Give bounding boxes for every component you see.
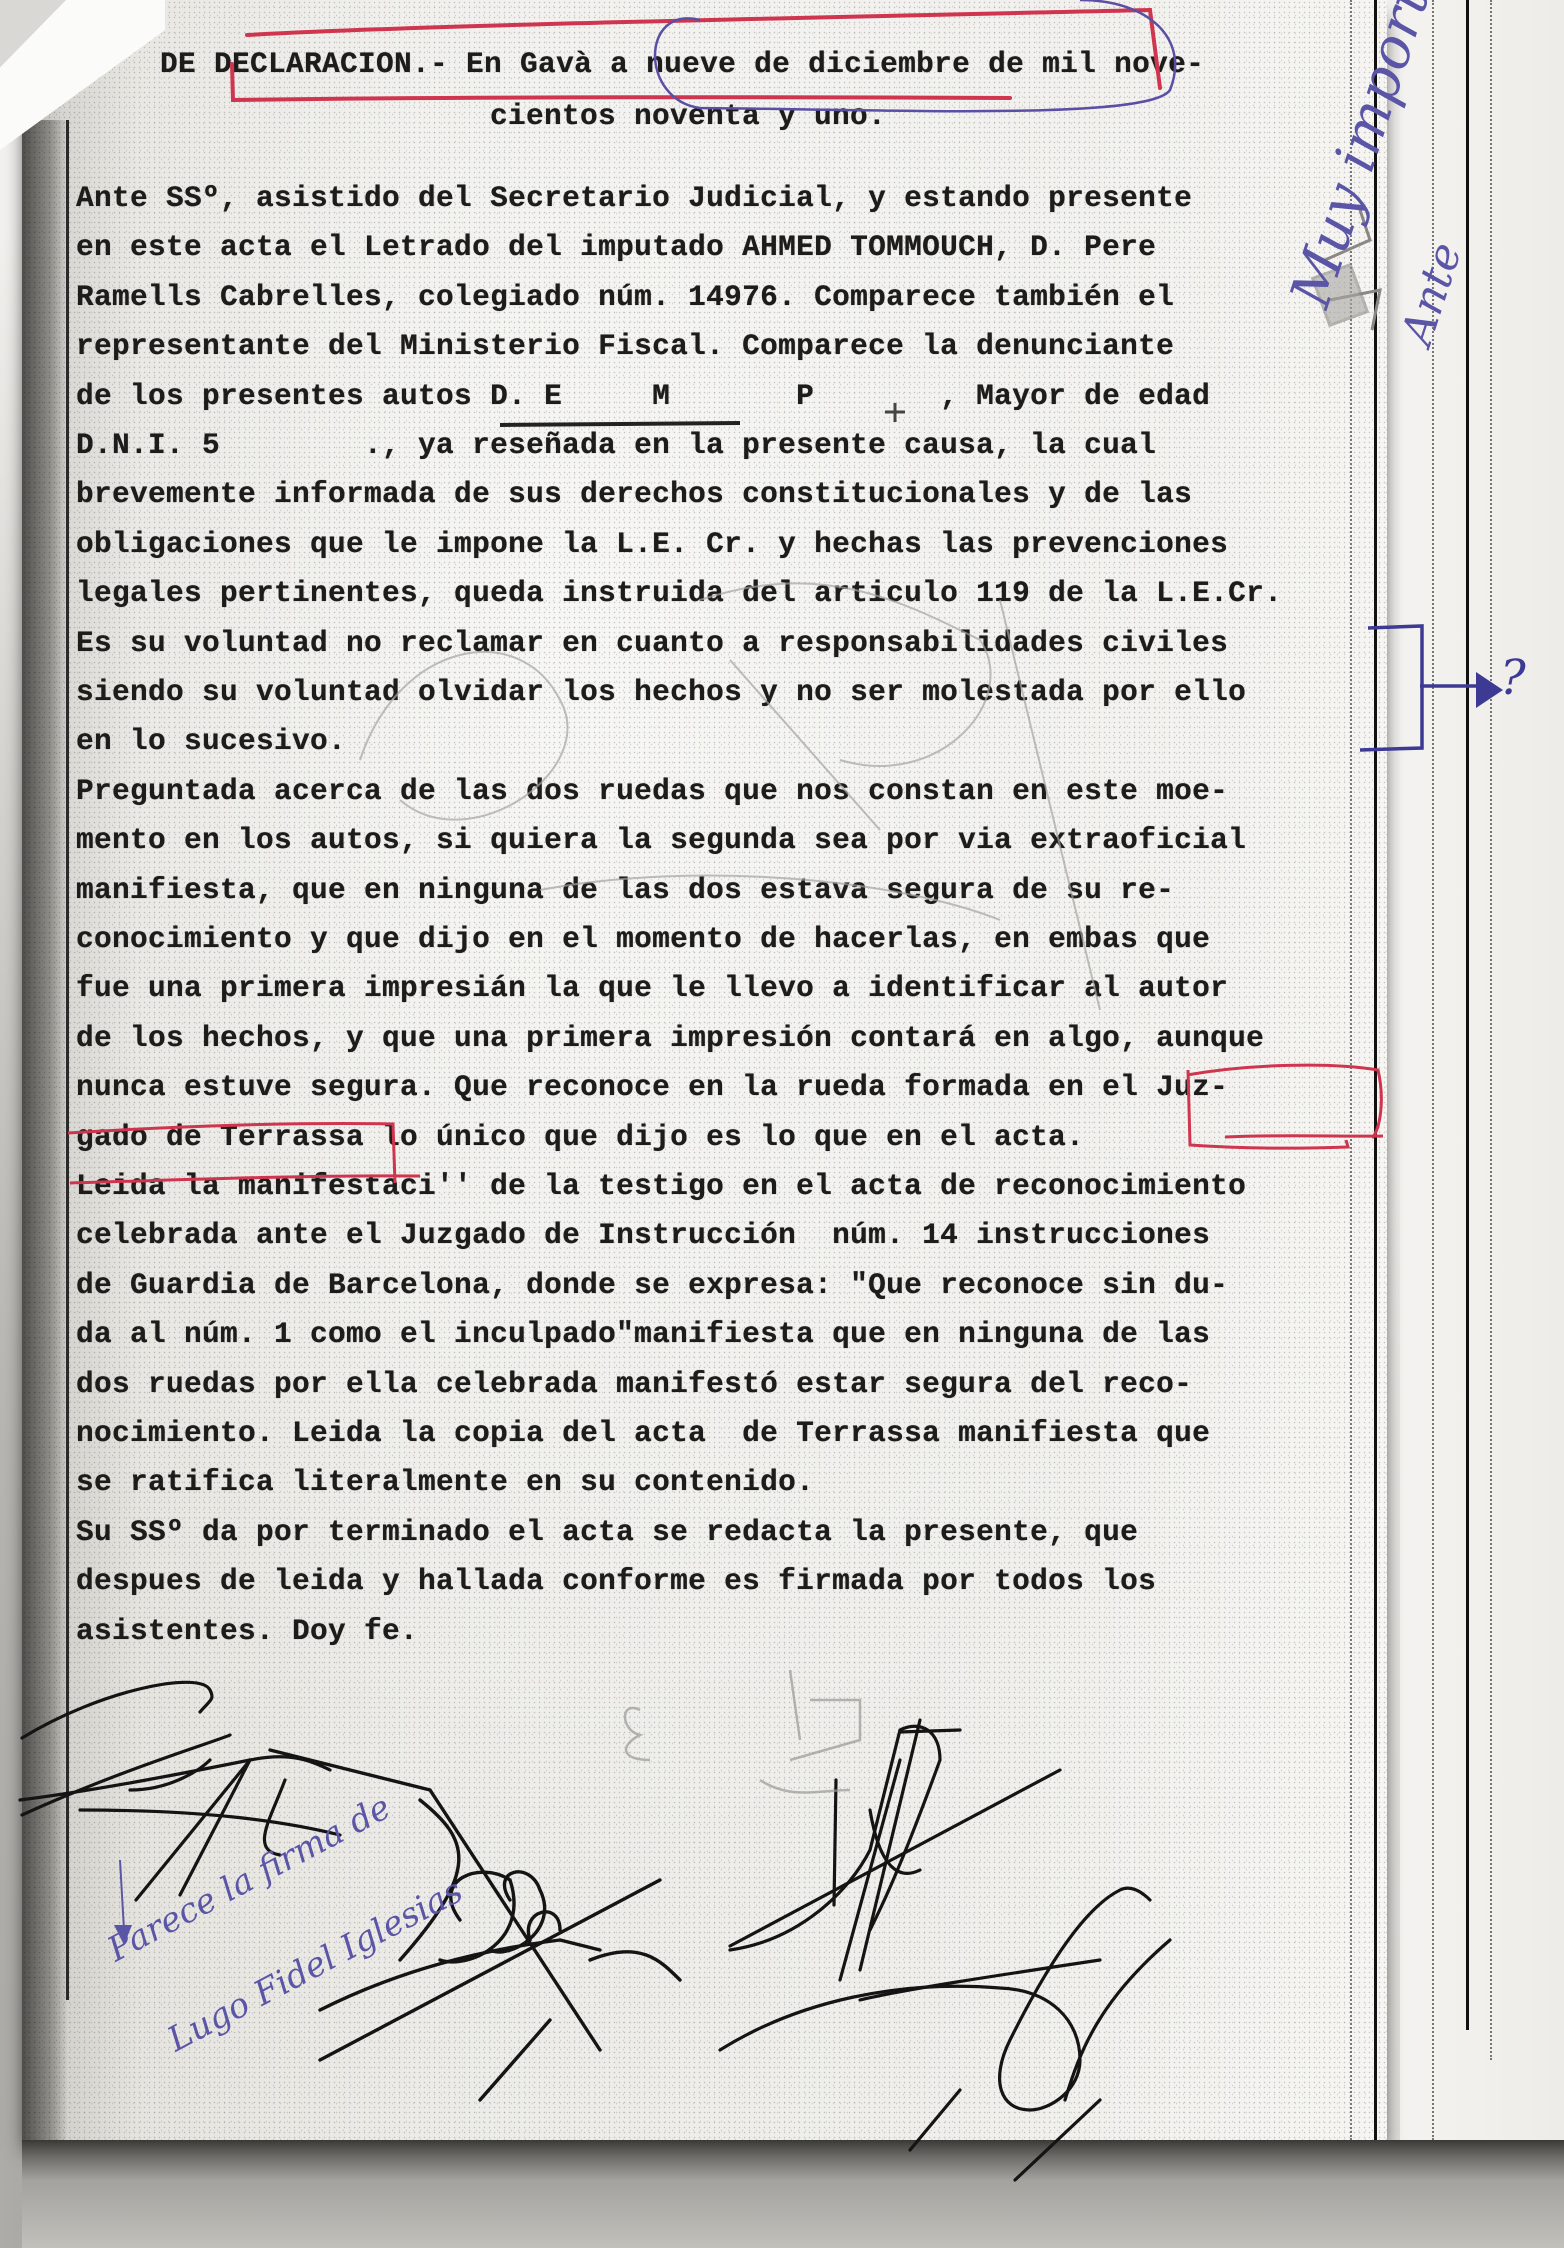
- text-line: Preguntada acerca de las dos ruedas que …: [76, 773, 1228, 809]
- text-line: de Guardia de Barcelona, donde se expres…: [76, 1267, 1228, 1303]
- text-line: despues de leida y hallada conforme es f…: [76, 1563, 1156, 1599]
- text-line: brevemente informada de sus derechos con…: [76, 476, 1192, 512]
- text-line: de los hechos, y que una primera impresi…: [76, 1020, 1264, 1056]
- page-left-shadow: [22, 120, 68, 2140]
- third-sheet-edge: [1490, 0, 1494, 2060]
- heading-line-1: DE DECLARACION.- En Gavà a nueve de dici…: [160, 46, 1204, 82]
- text-line: Leida la manifestaci'' de la testigo en …: [76, 1168, 1246, 1204]
- text-line: en lo sucesivo.: [76, 723, 346, 759]
- text-line: conocimiento y que dijo en el momento de…: [76, 921, 1210, 957]
- text-line: se ratifica literalmente en su contenido…: [76, 1464, 814, 1500]
- text-line: Su SSº da por terminado el acta se redac…: [76, 1514, 1138, 1550]
- text-line: fue una primera impresián la que le llev…: [76, 970, 1228, 1006]
- text-line: legales pertinentes, queda instruida del…: [76, 575, 1282, 611]
- text-line: da al núm. 1 como el inculpado"manifiest…: [76, 1316, 1210, 1352]
- text-line: dos ruedas por ella celebrada manifestó …: [76, 1366, 1192, 1402]
- heading-line-2: cientos noventa y uno.: [490, 98, 886, 134]
- text-line: asistentes. Doy fe.: [76, 1613, 418, 1649]
- text-line: gado de Terrassa lo único que dijo es lo…: [76, 1119, 1084, 1155]
- typed-document: DE DECLARACION.- En Gavà a nueve de dici…: [72, 0, 1392, 1700]
- text-line: D.N.I. 5 ., ya reseñada en la presente c…: [76, 427, 1156, 463]
- text-line: nocimiento. Leida la copia del acta de T…: [76, 1415, 1210, 1451]
- text-line: Ante SSº, asistido del Secretario Judici…: [76, 180, 1192, 216]
- second-sheet-rule: [1466, 0, 1469, 2030]
- scanner-bottom-band: [22, 2140, 1564, 2248]
- handnote-question-mark: ?: [1500, 650, 1526, 706]
- text-line: siendo su voluntad olvidar los hechos y …: [76, 674, 1246, 710]
- text-line: obligaciones que le impone la L.E. Cr. y…: [76, 526, 1228, 562]
- text-line: representante del Ministerio Fiscal. Com…: [76, 328, 1174, 364]
- text-line: celebrada ante el Juzgado de Instrucción…: [76, 1217, 1210, 1253]
- text-line: de los presentes autos D. E M P , Mayor …: [76, 378, 1210, 414]
- text-line: en este acta el Letrado del imputado AHM…: [76, 229, 1156, 265]
- text-line: Es su voluntad no reclamar en cuanto a r…: [76, 625, 1228, 661]
- text-line: mento en los autos, si quiera la segunda…: [76, 822, 1246, 858]
- text-line: nunca estuve segura. Que reconoce en la …: [76, 1069, 1228, 1105]
- left-margin-rule: [66, 120, 69, 2000]
- text-line: manifiesta, que en ninguna de las dos es…: [76, 872, 1174, 908]
- text-line: Ramells Cabrelles, colegiado núm. 14976.…: [76, 279, 1174, 315]
